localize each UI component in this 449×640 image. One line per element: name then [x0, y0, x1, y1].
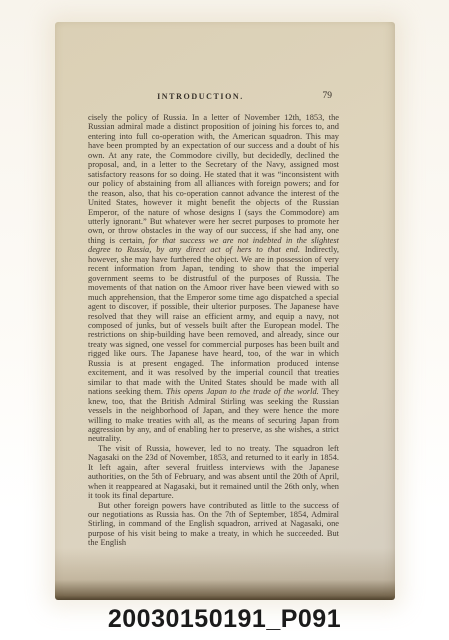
page-body: cisely the policy of Russia. In a letter… [88, 113, 339, 548]
paragraph-2: The visit of Russia, however, led to no … [88, 444, 339, 501]
running-head: INTRODUCTION. 79 [88, 92, 339, 104]
text-segment: cisely the policy of Russia. In a letter… [88, 113, 339, 245]
page-text-block: INTRODUCTION. 79 cisely the policy of Ru… [88, 92, 339, 548]
text-segment: But other foreign powers have contribute… [88, 501, 339, 548]
paragraph-3: But other foreign powers have contribute… [88, 501, 339, 548]
running-head-title: INTRODUCTION. [88, 92, 313, 101]
text-segment: Indirectly, however, she may have furthe… [88, 245, 339, 396]
text-segment: The visit of Russia, however, led to no … [88, 444, 339, 500]
text-segment-italic: This opens Japan to the trade of the wor… [166, 387, 319, 396]
book-page-photo: INTRODUCTION. 79 cisely the policy of Ru… [55, 22, 395, 600]
page-number: 79 [323, 91, 333, 101]
paragraph-1: cisely the policy of Russia. In a letter… [88, 113, 339, 444]
image-id-caption: 20030150191_P091 [0, 605, 449, 634]
